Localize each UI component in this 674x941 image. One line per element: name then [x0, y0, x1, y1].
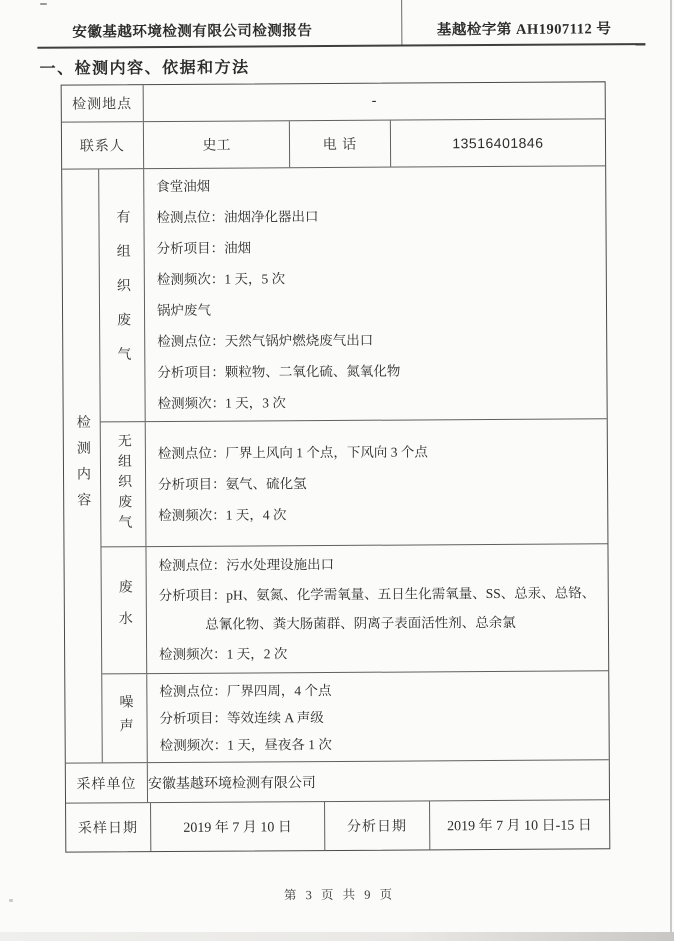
scan-edge-right — [670, 0, 672, 941]
sampling-unit-value: 安徽基越环境检测有限公司 — [148, 762, 316, 802]
section-title: 一、检测内容、依据和方法 — [39, 54, 249, 78]
detail-line: 检测频次：1 天，5 次 — [157, 261, 600, 295]
detail-line-continuation: 总氰化物、粪大肠菌群、阴离子表面活性剂、总余氯 — [159, 607, 602, 639]
detail-line: 检测频次：1 天，4 次 — [158, 497, 601, 531]
detail-line: 检测频次：1 天，3 次 — [157, 385, 600, 419]
category-name: 有组织废气 — [111, 209, 132, 381]
contact-label: 联系人 — [62, 122, 144, 168]
location-label: 检测地点 — [62, 85, 144, 121]
table-row-sampling-unit: 采样单位 安徽基越环境检测有限公司 — [66, 760, 609, 803]
detail-line: 检测频次：1 天，2 次 — [159, 637, 602, 669]
detail-line: 检测点位：油烟净化器出口 — [156, 199, 599, 233]
detail-line: 分析项目：油烟 — [157, 230, 600, 264]
table-row-location: 检测地点 - — [62, 82, 605, 122]
phone-value: 13516401846 — [391, 119, 605, 166]
table-row-dates: 采样日期 2019 年 7 月 10 日 分析日期 2019 年 7 月 10 … — [66, 800, 609, 851]
analysis-date-label: 分析日期 — [325, 801, 430, 850]
sampling-date-value: 2019 年 7 月 10 日 — [151, 802, 326, 851]
table-row-contact: 联系人 史工 电 话 13516401846 — [62, 119, 605, 169]
detail-line: 锅炉废气 — [157, 292, 600, 326]
detail-line: 检测频次：1 天，昼夜各 1 次 — [160, 729, 603, 759]
detail-line: 检测点位：厂界四周，4 个点 — [159, 675, 602, 705]
document-header: 安徽基越环境检测有限公司检测报告 基越检字第 AH1907112 号 — [37, 0, 645, 49]
header-divider — [401, 0, 402, 45]
category-wastewater: 废水 检测点位：污水处理设施出口 分析项目：pH、氨氮、化学需氧量、五日生化需氧… — [101, 544, 608, 674]
scan-speck — [9, 899, 13, 902]
category-details: 检测点位：厂界四周，4 个点 分析项目：等效连续 A 声级 检测频次：1 天，昼… — [147, 671, 609, 762]
analysis-date-value: 2019 年 7 月 10 日-15 日 — [430, 800, 610, 849]
table-row-content: 检测内容 有组织废气 食堂油烟 检测点位：油烟净化器出口 分析项目：油烟 检测频… — [62, 166, 609, 763]
detail-line: 分析项目：等效连续 A 声级 — [159, 702, 602, 732]
detail-line: 检测点位：污水处理设施出口 — [158, 548, 601, 580]
page-number: 第 3 页 共 9 页 — [3, 883, 674, 905]
scan-speck — [40, 3, 47, 5]
detail-line: 分析项目：颗粒物、二氧化硫、氮氧化物 — [157, 354, 600, 388]
category-details: 检测点位：厂界上风向 1 个点，下风向 3 个点 分析项目：氨气、硫化氢 检测频… — [146, 419, 608, 546]
category-details: 食堂油烟 检测点位：油烟净化器出口 分析项目：油烟 检测频次：1 天，5 次 锅… — [144, 166, 607, 421]
scanned-page: 安徽基越环境检测有限公司检测报告 基越检字第 AH1907112 号 一、检测内… — [0, 0, 674, 941]
detail-line: 分析项目：氨气、硫化氢 — [158, 466, 601, 500]
contact-value: 史工 — [144, 121, 291, 168]
category-unorganized-exhaust: 无组织废气 检测点位：厂界上风向 1 个点，下风向 3 个点 分析项目：氨气、硫… — [101, 419, 608, 547]
detail-line: 分析项目：pH、氨氮、化学需氧量、五日生化需氧量、SS、总汞、总铬、 — [159, 578, 602, 610]
category-noise: 噪声 检测点位：厂界四周，4 个点 分析项目：等效连续 A 声级 检测频次：1 … — [102, 671, 609, 762]
inspection-table: 检测地点 - 联系人 史工 电 话 13516401846 检测内容 有组织废气… — [61, 81, 611, 852]
report-title: 安徽基越环境检测有限公司检测报告 — [72, 19, 312, 41]
content-label: 检测内容 — [72, 414, 93, 518]
category-rows: 有组织废气 食堂油烟 检测点位：油烟净化器出口 分析项目：油烟 检测频次：1 天… — [99, 166, 609, 762]
phone-label: 电 话 — [290, 121, 391, 168]
sampling-unit-label: 采样单位 — [66, 763, 148, 803]
location-value: - — [143, 82, 605, 121]
detail-line: 检测点位：天然气锅炉燃烧废气出口 — [157, 323, 600, 357]
category-name: 废水 — [114, 579, 134, 642]
detail-line: 检测点位：厂界上风向 1 个点，下风向 3 个点 — [158, 435, 601, 469]
content-label-cell: 检测内容 — [62, 169, 103, 762]
detail-line: 食堂油烟 — [156, 168, 599, 202]
category-name: 无组织废气 — [113, 433, 134, 535]
category-name: 噪声 — [114, 694, 134, 742]
category-details: 检测点位：污水处理设施出口 分析项目：pH、氨氮、化学需氧量、五日生化需氧量、S… — [146, 544, 608, 673]
category-organized-exhaust: 有组织废气 食堂油烟 检测点位：油烟净化器出口 分析项目：油烟 检测频次：1 天… — [99, 166, 607, 422]
scan-edge-bottom — [0, 932, 674, 941]
document-number: 基越检字第 AH1907112 号 — [437, 17, 612, 39]
sampling-date-label: 采样日期 — [66, 803, 151, 852]
